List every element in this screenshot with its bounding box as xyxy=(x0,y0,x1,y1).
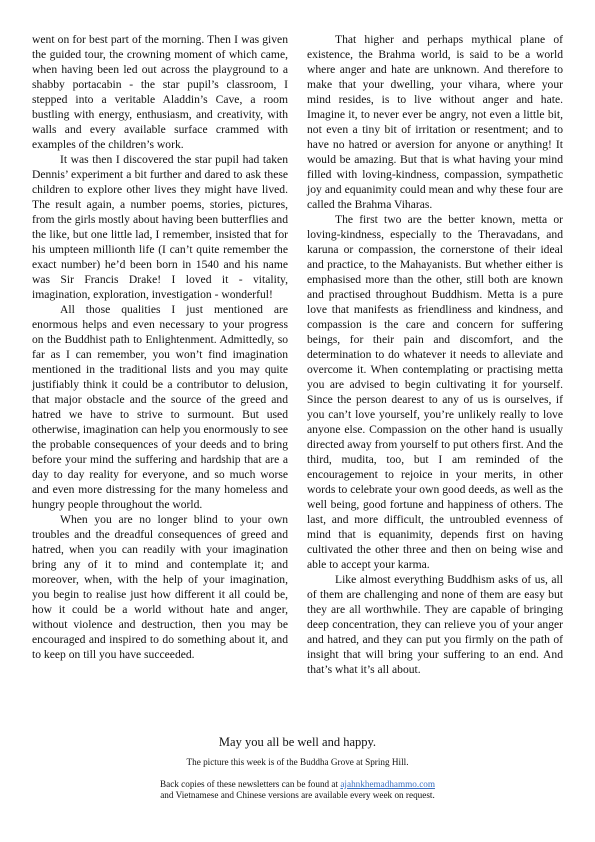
two-column-body: went on for best part of the morning. Th… xyxy=(32,32,563,677)
closing-blessing: May you all be well and happy. xyxy=(0,734,595,750)
left-column: went on for best part of the morning. Th… xyxy=(32,32,288,677)
website-link[interactable]: ajahnkhemadhammo.com xyxy=(340,779,435,789)
translations-note: and Vietnamese and Chinese versions are … xyxy=(160,790,435,800)
back-copies-text: Back copies of these newsletters can be … xyxy=(160,779,340,789)
paragraph: When you are no longer blind to your own… xyxy=(32,512,288,662)
paragraph: It was then I discovered the star pupil … xyxy=(32,152,288,302)
paragraph: That higher and perhaps mythical plane o… xyxy=(307,32,563,212)
paragraph: All those qualities I just mentioned are… xyxy=(32,302,288,512)
right-column: That higher and perhaps mythical plane o… xyxy=(307,32,563,677)
back-copies-note: Back copies of these newsletters can be … xyxy=(0,779,595,801)
paragraph: The first two are the better known, mett… xyxy=(307,212,563,572)
paragraph: went on for best part of the morning. Th… xyxy=(32,32,288,152)
newsletter-footer: May you all be well and happy. The pictu… xyxy=(0,734,595,801)
picture-caption: The picture this week is of the Buddha G… xyxy=(0,756,595,768)
paragraph: Like almost everything Buddhism asks of … xyxy=(307,572,563,677)
